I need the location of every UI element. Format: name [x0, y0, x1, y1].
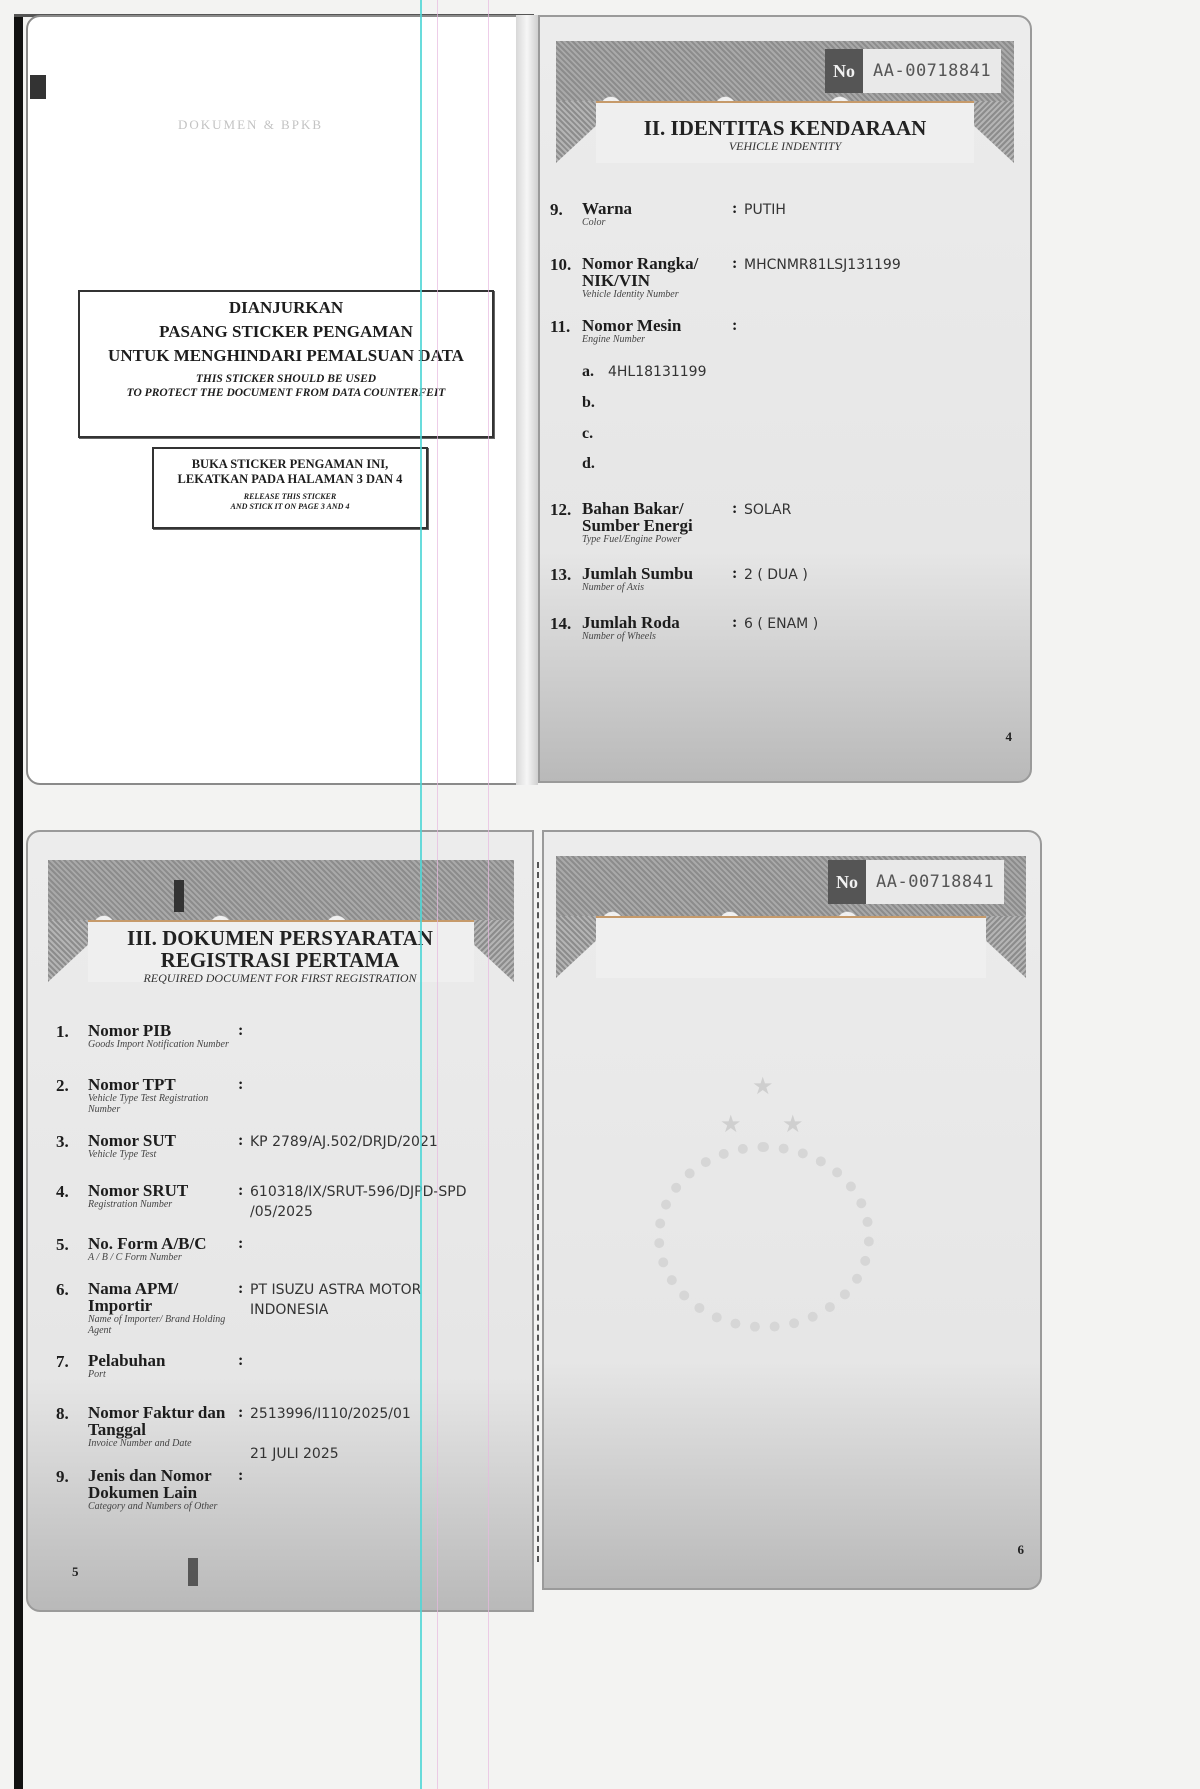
serial-number: AA-00718841 [863, 49, 1001, 93]
page-5: III. DOKUMEN PERSYARATAN REGISTRASI PERT… [26, 830, 534, 1612]
scan-guide-line [437, 0, 438, 1789]
page-6: No AA-00718841 ★ ★ ★ 6 [542, 830, 1042, 1590]
field-color: 9. WarnaColor :PUTIH [550, 200, 786, 228]
release-line2: LEKATKAN PADA HALAMAN 3 DAN 4 [154, 472, 426, 487]
scan-mark [30, 75, 46, 99]
spine-top [516, 15, 538, 785]
field-engine-number: 11. Nomor MesinEngine Number : [550, 317, 744, 345]
release-en1: RELEASE THIS STICKER [154, 492, 426, 502]
field-other-docs: 9. Jenis dan Nomor Dokumen LainCategory … [56, 1467, 250, 1512]
field-tpt: 2. Nomor TPTVehicle Type Test Registrati… [56, 1076, 250, 1115]
color-value: PUTIH [744, 200, 786, 228]
importer-value: PT ISUZU ASTRA MOTOR INDONESIA [250, 1280, 421, 1336]
field-pib: 1. Nomor PIBGoods Import Notification Nu… [56, 1022, 250, 1050]
vin-value: MHCNMR81LSJ131199 [744, 255, 901, 300]
invoice-value: 2513996/I110/2025/01 21 JULI 2025 [250, 1404, 411, 1464]
notice-en1: THIS STICKER SHOULD BE USED [80, 372, 492, 386]
axles-value: 2 ( DUA ) [744, 565, 808, 593]
scan-border-left [14, 14, 23, 1789]
page-number: 6 [1018, 1542, 1025, 1558]
serial-number-box: No AA-00718841 [828, 860, 1004, 904]
section-title: II. IDENTITAS KENDARAAN VEHICLE INDENTIT… [580, 117, 990, 153]
fuel-value: SOLAR [744, 500, 791, 545]
engine-number-a: a.4HL18131199 [582, 363, 707, 381]
engine-number-c: c. [582, 425, 607, 443]
wheels-value: 6 ( ENAM ) [744, 614, 818, 642]
serial-label: No [828, 860, 866, 904]
scan-guide-line [488, 0, 489, 1789]
srut-value: 610318/IX/SRUT-596/DJPD-SPD /05/2025 [250, 1182, 467, 1222]
notice-line3: UNTUK MENGHINDARI PEMALSUAN DATA [80, 344, 492, 368]
field-srut: 4. Nomor SRUTRegistration Number :610318… [56, 1182, 467, 1222]
page-number: 5 [72, 1564, 79, 1580]
sticker-release-box: BUKA STICKER PENGAMAN INI, LEKATKAN PADA… [152, 447, 428, 529]
page-4: No AA-00718841 II. IDENTITAS KENDARAAN V… [538, 15, 1032, 783]
page-number: 4 [1006, 729, 1013, 745]
sut-value: KP 2789/AJ.502/DRJD/2021 [250, 1132, 438, 1160]
serial-number: AA-00718841 [866, 860, 1004, 904]
section-subtitle: VEHICLE INDENTITY [580, 139, 990, 153]
notice-line2: PASANG STICKER PENGAMAN [80, 320, 492, 344]
engine-number-d: d. [582, 455, 609, 473]
scan-guide-line [420, 0, 422, 1789]
release-line1: BUKA STICKER PENGAMAN INI, [154, 457, 426, 472]
field-invoice: 8. Nomor Faktur dan TanggalInvoice Numbe… [56, 1404, 411, 1464]
watermark-star-icon: ★ [720, 1110, 742, 1139]
field-port: 7. PelabuhanPort : [56, 1352, 250, 1380]
field-fuel: 12. Bahan Bakar/ Sumber EnergiType Fuel/… [550, 500, 791, 545]
serial-number-box: No AA-00718841 [825, 49, 1001, 93]
field-axles: 13. Jumlah SumbuNumber of Axis :2 ( DUA … [550, 565, 808, 593]
page-fold-line [537, 862, 539, 1562]
page-3: DOKUMEN & BPKB DIANJURKAN PASANG STICKER… [26, 15, 532, 785]
scan-mark [174, 880, 184, 912]
faint-header: DOKUMEN & BPKB [178, 117, 323, 133]
watermark-star-icon: ★ [782, 1110, 804, 1139]
release-en2: AND STICK IT ON PAGE 3 AND 4 [154, 502, 426, 512]
field-vin: 10. Nomor Rangka/ NIK/VINVehicle Identit… [550, 255, 901, 300]
serial-label: No [825, 49, 863, 93]
scan-mark [188, 1558, 198, 1586]
sticker-notice-box: DIANJURKAN PASANG STICKER PENGAMAN UNTUK… [78, 290, 494, 438]
engine-number-b: b. [582, 394, 609, 412]
emblem-watermark-icon [654, 1142, 874, 1332]
notice-en2: TO PROTECT THE DOCUMENT FROM DATA COUNTE… [80, 386, 492, 400]
watermark-star-icon: ★ [752, 1072, 774, 1101]
field-wheels: 14. Jumlah RodaNumber of Wheels :6 ( ENA… [550, 614, 818, 642]
field-sut: 3. Nomor SUTVehicle Type Test :KP 2789/A… [56, 1132, 438, 1160]
field-importer: 6. Nama APM/ ImportirName of Importer/ B… [56, 1280, 421, 1336]
field-form-abc: 5. No. Form A/B/CA / B / C Form Number : [56, 1235, 250, 1263]
notice-line1: DIANJURKAN [80, 296, 492, 320]
